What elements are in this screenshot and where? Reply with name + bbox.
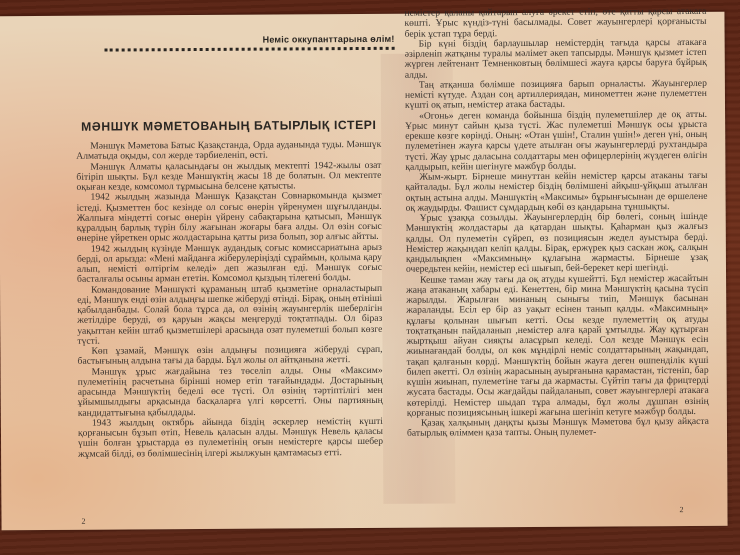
left-page: Неміс оккупанттарына өлім! МӘНШҮК МӘМЕТО… (78, 14, 383, 530)
paragraph: Бір күні біздің барлаушылар немістердің … (405, 38, 707, 81)
paragraph: Мәншүк Мәметова Батыс Қазақстанда, Орда … (76, 140, 381, 162)
document-sheet: Неміс оккупанттарына өлім! МӘНШҮК МӘМЕТО… (0, 12, 728, 530)
paragraph: Мәншүк Алматы қаласындағы он жылдық мект… (76, 160, 381, 193)
article-title: МӘНШҮК МӘМЕТОВАНЫҢ БАТЫРЛЫҚ ІСТЕРІ (81, 118, 381, 134)
paragraph: Командование Мәншүкті құраманың штаб қыз… (77, 283, 382, 346)
left-column-text: Мәншүк Мәметова Батыс Қазақстанда, Орда … (76, 140, 383, 460)
paragraph: немістер қаланы қайтарып алуға әрекет ет… (404, 7, 706, 40)
page-number-right: 2 (679, 505, 683, 514)
paragraph: Жым-жырт. Бірнеше минуттан кейін немісте… (405, 171, 707, 214)
paragraph: 1942 жылдың жазында Мәншүк Қазақстан Сов… (77, 191, 382, 244)
right-column-text: немістер қаланы қайтарып алуға әрекет ет… (404, 7, 709, 439)
paragraph: Ұрыс ұзаққа созылды. Жауынгерлердің бір … (406, 212, 708, 275)
paragraph: Таң атқанша бөлімше позицияға барып орна… (405, 79, 707, 112)
right-page: немістер қаланы қайтарып алуға әрекет ет… (404, 12, 713, 528)
page-number-left: 2 (81, 517, 85, 526)
paragraph: Кешке таман жау тағы да оқ атуды күшейтт… (406, 273, 709, 418)
paragraph: 1942 жылдың күзінде Мәншүк аудандық соғы… (77, 242, 382, 285)
slogan-banner: Неміс оккупанттарына өлім! (105, 34, 395, 52)
paragraph: Көп ұзамай, Мәншүк өзін алдыңғы позицияғ… (77, 345, 382, 367)
paragraph: 1943 жылдың октябрь айында біздің әскерл… (78, 417, 383, 460)
paragraph: «Огонь» деген команда бойынша біздің пул… (405, 109, 707, 172)
paragraph: Мәншүк ұрыс жағдайына тез төселіп алды. … (78, 365, 383, 418)
paragraph: Қазақ халқының даңқты қызы Мәншүк Мәмето… (407, 417, 709, 439)
